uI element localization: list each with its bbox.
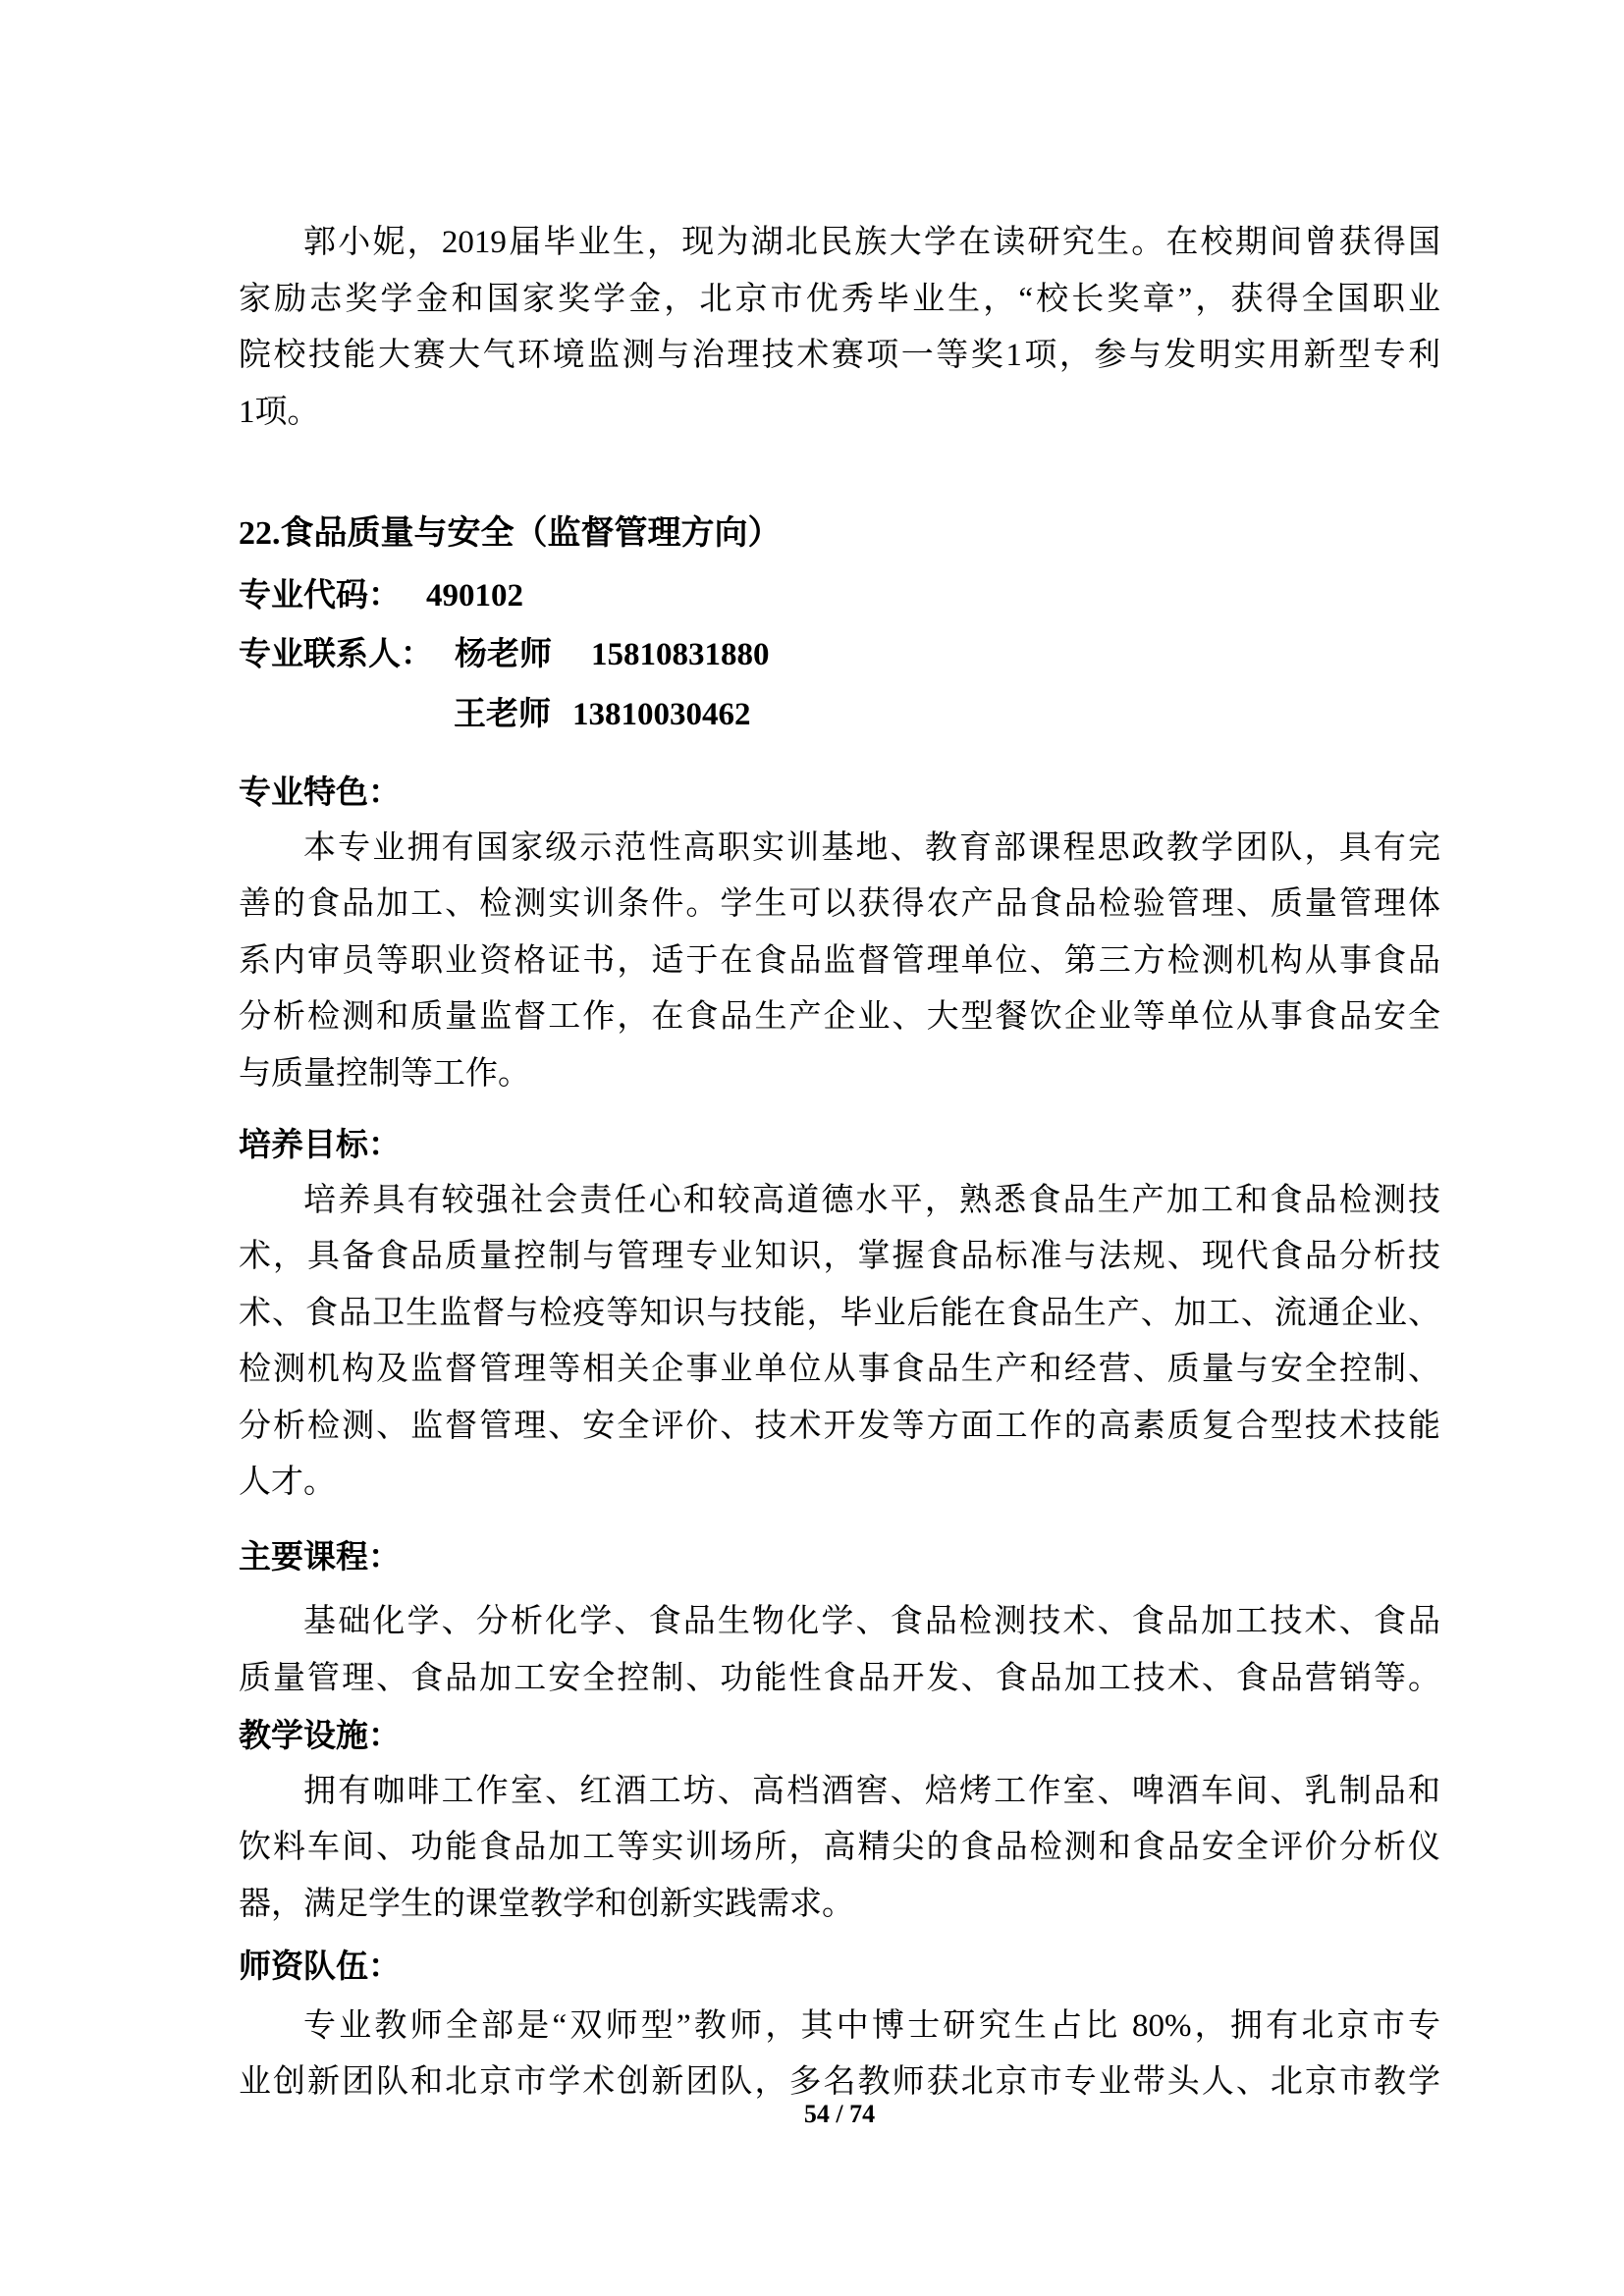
major-code-value: 490102 — [426, 578, 523, 614]
contact-label: 专业联系人： — [239, 635, 433, 671]
section-faculty: 师资队伍： 专业教师全部是“双师型”教师，其中博士研究生占比 80%，拥有北京市… — [239, 1938, 1440, 2111]
section-heading: 培养目标： — [239, 1116, 1440, 1173]
paragraph-line: 器，满足学生的课堂教学和创新实践需求。 — [239, 1877, 1440, 1934]
contact-line: 专业联系人：杨老师15810831880 — [239, 625, 1440, 682]
contact-name: 杨老师 — [455, 637, 552, 672]
paragraph-line: 饮料车间、功能食品加工等实训场所，高精尖的食品检测和食品安全评价分析仪 — [239, 1820, 1440, 1877]
contact-name: 王老师 — [454, 697, 551, 732]
section-facilities: 教学设施： 拥有咖啡工作室、红酒工坊、高档酒窖、焙烤工作室、啤酒车间、乳制品和 … — [239, 1707, 1440, 1933]
paragraph-line: 善的食品加工、检测实训条件。学生可以获得农产品食品检验管理、质量管理体 — [239, 877, 1440, 934]
contact-line: 王老师13810030462 — [239, 685, 1440, 742]
section-heading: 专业特色： — [239, 764, 1440, 821]
paragraph-line: 本专业拥有国家级示范性高职实训基地、教育部课程思政教学团队，具有完 — [239, 821, 1440, 878]
paragraph-line: 术、食品卫生监督与检疫等知识与技能，毕业后能在食品生产、加工、流通企业、 — [239, 1286, 1440, 1343]
paragraph-line: 质量管理、食品加工安全控制、功能性食品开发、食品加工技术、食品营销等。 — [239, 1651, 1440, 1708]
paragraph-line: 郭小妮，2019届毕业生，现为湖北民族大学在读研究生。在校期间曾获得国 — [239, 215, 1440, 272]
paragraph-line: 人才。 — [239, 1455, 1440, 1512]
contact-phone: 13810030462 — [572, 697, 751, 732]
paragraph-line: 检测机构及监督管理等相关企事业单位从事食品生产和经营、质量与安全控制、 — [239, 1342, 1440, 1399]
paragraph-line: 分析检测和质量监督工作，在食品生产企业、大型餐饮企业等单位从事食品安全 — [239, 989, 1440, 1046]
paragraph-line: 家励志奖学金和国家奖学金，北京市优秀毕业生，“校长奖章”，获得全国职业 — [239, 272, 1440, 329]
section-heading: 主要课程： — [239, 1528, 1440, 1585]
section-features: 专业特色： 本专业拥有国家级示范性高职实训基地、教育部课程思政教学团队，具有完 … — [239, 764, 1440, 1102]
paragraph-line: 拥有咖啡工作室、红酒工坊、高档酒窖、焙烤工作室、啤酒车间、乳制品和 — [239, 1764, 1440, 1821]
document-page: 郭小妮，2019届毕业生，现为湖北民族大学在读研究生。在校期间曾获得国 家励志奖… — [0, 0, 1624, 2296]
section-objectives: 培养目标： 培养具有较强社会责任心和较高道德水平，熟悉食品生产加工和食品检测技 … — [239, 1116, 1440, 1512]
paragraph-line: 与质量控制等工作。 — [239, 1046, 1440, 1103]
paragraph-line: 术，具备食品质量控制与管理专业知识，掌握食品标准与法规、现代食品分析技 — [239, 1229, 1440, 1286]
paragraph-line: 基础化学、分析化学、食品生物化学、食品检测技术、食品加工技术、食品 — [239, 1594, 1440, 1651]
page-number: 54 / 74 — [239, 2100, 1440, 2129]
section-heading: 师资队伍： — [239, 1938, 1440, 1995]
section-heading: 教学设施： — [239, 1707, 1440, 1764]
major-code-label: 专业代码： — [239, 576, 401, 613]
paragraph-line: 1项。 — [239, 385, 1440, 442]
paragraph-line: 专业教师全部是“双师型”教师，其中博士研究生占比 80%，拥有北京市专 — [239, 1999, 1440, 2056]
document-content: 郭小妮，2019届毕业生，现为湖北民族大学在读研究生。在校期间曾获得国 家励志奖… — [239, 215, 1440, 2111]
program-heading: 22.食品质量与安全（监督管理方向） — [239, 506, 1440, 562]
intro-paragraph: 郭小妮，2019届毕业生，现为湖北民族大学在读研究生。在校期间曾获得国 家励志奖… — [239, 215, 1440, 441]
section-courses: 主要课程： 基础化学、分析化学、食品生物化学、食品检测技术、食品加工技术、食品 … — [239, 1528, 1440, 1708]
paragraph-line: 分析检测、监督管理、安全评价、技术开发等方面工作的高素质复合型技术技能 — [239, 1399, 1440, 1456]
paragraph-line: 院校技能大赛大气环境监测与治理技术赛项一等奖1项，参与发明实用新型专利 — [239, 328, 1440, 385]
major-code-line: 专业代码：490102 — [239, 566, 1440, 623]
paragraph-line: 培养具有较强社会责任心和较高道德水平，熟悉食品生产加工和食品检测技 — [239, 1173, 1440, 1230]
contact-phone: 15810831880 — [591, 637, 770, 672]
paragraph-line: 系内审员等职业资格证书，适于在食品监督管理单位、第三方检测机构从事食品 — [239, 934, 1440, 990]
